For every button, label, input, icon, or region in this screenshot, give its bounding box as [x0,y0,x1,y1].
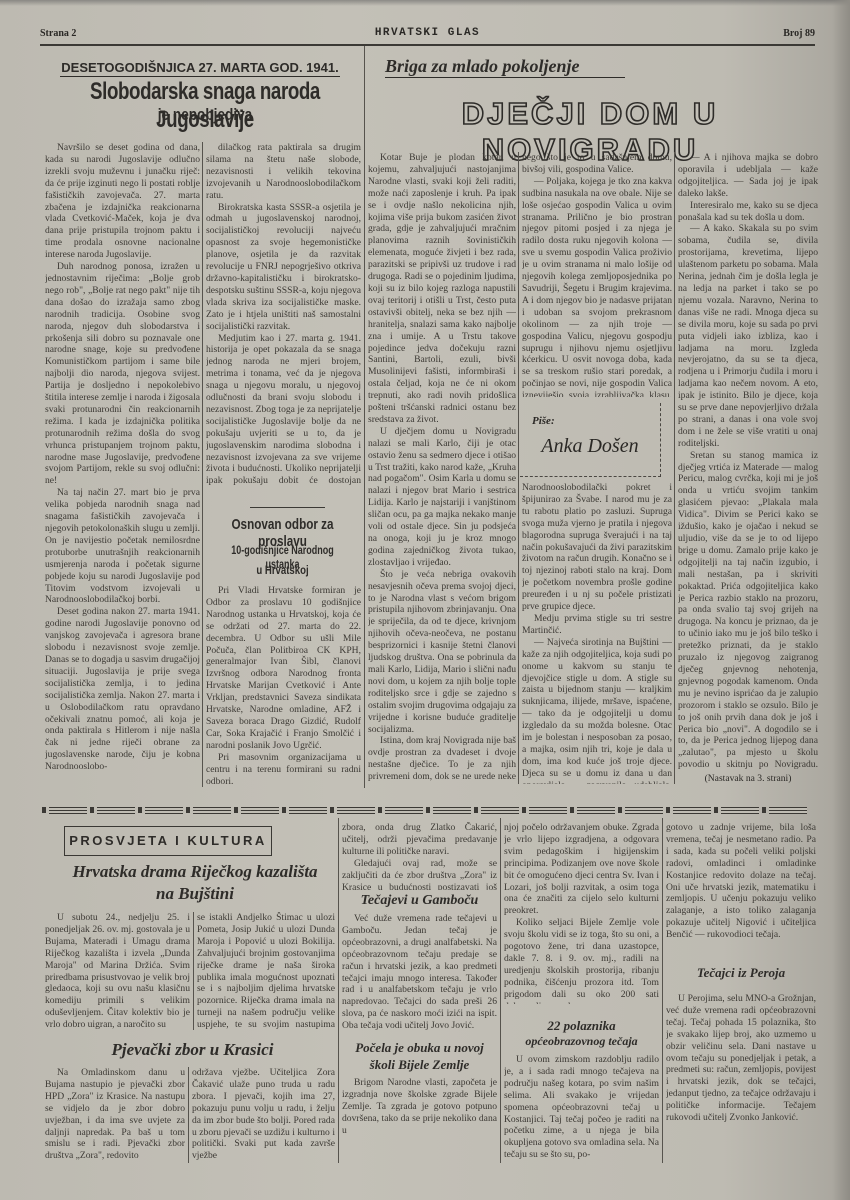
main-article-col2: dilačkog rata paktirala sa drugim silama… [206,142,361,487]
newspaper-page: Strana 2 HRVATSKI GLAS Broj 89 DESETOGOD… [0,0,850,1200]
byline-box: Piše: Anka Došen [520,403,661,477]
paragraph: U ovom zimskom razdoblju radilo je, a i … [504,1054,659,1161]
paragraph: Kotar Buje je plodan kotar, u kojemu, za… [368,152,516,426]
polaznika-headline-1: 22 polaznika [504,1018,659,1034]
perojci-headline: Tečajci iz Peroja [666,965,816,981]
main-article-col1: Navršilo se deset godina od dana, kada s… [45,142,200,787]
separator-rule [250,507,325,508]
paragraph: Na taj način 27. mart bio je prva velika… [45,487,200,606]
paragraph: Što je veća nebriga ovakovih nesavjesnih… [368,569,516,736]
continued-note: (Nastavak na 3. strani) [678,773,818,784]
polaznika-headline-2: općeobrazovnog tečaja [504,1034,659,1049]
paragraph: — Najveća sirotinja na Bujštini — kaže z… [522,637,672,784]
scan-edge [832,0,850,1200]
perojci-body: U Perojima, selu MNO-a Grožnjan, već duž… [666,993,816,1163]
column-divider [518,152,519,784]
dom-col1: Kotar Buje je plodan kotar, u kojemu, za… [368,152,516,784]
paragraph: Pri masovnim organizacijama u centru i n… [206,752,361,787]
drama-headline-2: na Bujštini [45,884,345,904]
paragraph: Narodnooslobodilački pokret i špijunirao… [522,482,672,613]
zbor-headline: Pjevački zbor u Krasici [45,1040,340,1060]
paragraph: se istakli Andjelko Štimac u ulozi Pomet… [197,912,335,1030]
dom-col2b: Narodnooslobodilački pokret i špijunirao… [522,482,672,784]
issue-number: Broj 89 [783,28,815,39]
decorative-divider [42,801,814,807]
zbor-col2: održava vježbe. Učiteljica Zora Čakavić … [192,1067,335,1163]
obuka-continued: njoj počelo održavanjem obuke. Zgrada je… [504,822,659,1004]
tecajevi-body: Već duže vremena rade tečajevi u Gamboču… [342,913,497,1037]
column-divider [500,818,501,1163]
tecajevi-headline: Tečajevi u Gamboču [342,893,497,909]
paragraph: U Perojima, selu MNO-a Grožnjan, već duž… [666,993,816,1124]
paragraph: održava vježbe. Učiteljica Zora Čakavić … [192,1067,335,1162]
column-divider [662,818,663,1163]
column-divider [674,152,675,784]
paragraph: Već duže vremena rade tečajevi u Gamboču… [342,913,497,1032]
article-kicker: DESETOGODIŠNJICA 27. MARTA GOD. 1941. [60,60,340,77]
paragraph: U dječjem domu u Novigradu nalazi se mal… [368,426,516,569]
paragraph: Medjutim kao i 27. marta g. 1941. histor… [206,333,361,488]
paragraph: Na Omladinskom danu u Bujama nastupio je… [45,1067,185,1162]
polaznika-continued: gotovo u zadnje vrijeme, bila loša vreme… [666,822,816,954]
obuka-headline-2: školi Bijele Zemlje [342,1057,497,1073]
paragraph: nego što je to u sadašnjem domu, bivšoj … [522,152,672,176]
column-divider [364,46,365,788]
paragraph: Brigom Narodne vlasti, započeta je izgra… [342,1077,497,1137]
paragraph: Koliko seljaci Bijele Zemlje vole svoju … [504,917,659,1004]
scan-shadow [0,0,850,6]
masthead: Strana 2 HRVATSKI GLAS Broj 89 [40,26,815,42]
drama-col2: se istakli Andjelko Štimac u ulozi Pomet… [197,912,335,1030]
masthead-rule [40,44,815,46]
obuka-headline-1: Počela je obuka u novoj [342,1040,497,1056]
odbor-body: Pri Vladi Hrvatske formiran je Odbor za … [206,585,361,787]
drama-headline-1: Hrvatska drama Riječkog kazališta [45,862,345,882]
polaznika-body: U ovom zimskom razdoblju radilo je, a i … [504,1054,659,1163]
paragraph: Duh narodnog ponosa, izražen u jednostav… [45,261,200,487]
dom-col3: — A i njihova majka se dobro oporavila i… [678,152,818,772]
drama-col1: U subotu 24., nedjelju 25. i ponedjeljak… [45,912,190,1030]
paragraph: gotovo u zadnje vrijeme, bila loša vreme… [666,822,816,941]
paragraph: — A i njihova majka se dobro oporavila i… [678,152,818,200]
byline-label: Piše: [532,415,555,427]
paragraph: Gledajući ovaj rad, može se zaključiti d… [342,858,497,890]
paragraph: Deset godina nakon 27. marta 1941. godin… [45,606,200,773]
column-divider [188,1067,189,1163]
dom-col2: nego što je to u sadašnjem domu, bivšoj … [522,152,672,397]
paragraph: U subotu 24., nedjelju 25. i ponedjeljak… [45,912,190,1030]
paragraph: — A kako. Skakala su po svim sobama, čud… [678,223,818,449]
paragraph: njoj počelo održavanjem obuke. Zgrada je… [504,822,659,917]
section-label: PROSVJETA I KULTURA [64,826,272,856]
paragraph: zbora, onda drug Zlatko Čakarić, učitelj… [342,822,497,858]
column-divider [193,912,194,1030]
paragraph: Pri Vladi Hrvatske formiran je Odbor za … [206,585,361,752]
obuka-body: Brigom Narodne vlasti, započeta je izgra… [342,1077,497,1163]
paper-title: HRVATSKI GLAS [40,27,815,39]
paragraph: Istina, dom kraj Novigrada nije baš ovdj… [368,735,516,784]
byline-author: Anka Došen [520,435,660,458]
zbor-col1: Na Omladinskom danu u Bujama nastupio je… [45,1067,185,1163]
paragraph: Medju prvima stigle su tri sestre Martin… [522,613,672,637]
main-subheadline: je nepobjediva [125,105,285,125]
column-divider [202,142,203,787]
paragraph: Sretan su stanog mamica iz dječjeg vrtić… [678,450,818,772]
paragraph: Navršilo se deset godina od dana, kada s… [45,142,200,261]
zbor-continued: zbora, onda drug Zlatko Čakarić, učitelj… [342,822,497,890]
column-divider [338,818,339,1163]
paragraph: Interesiralo me, kako su se djeca ponaša… [678,200,818,224]
paragraph: Birokratska kasta SSSR-a osjetila je odm… [206,202,361,333]
paragraph: dilačkog rata paktirala sa drugim silama… [206,142,361,202]
odbor-subheadline-2: u Hrvatskoj [233,563,333,577]
dom-kicker: Briga za mlado pokoljenje [385,56,625,78]
paragraph: — Poljaka, kojega je tko zna kakva sudbi… [522,176,672,397]
